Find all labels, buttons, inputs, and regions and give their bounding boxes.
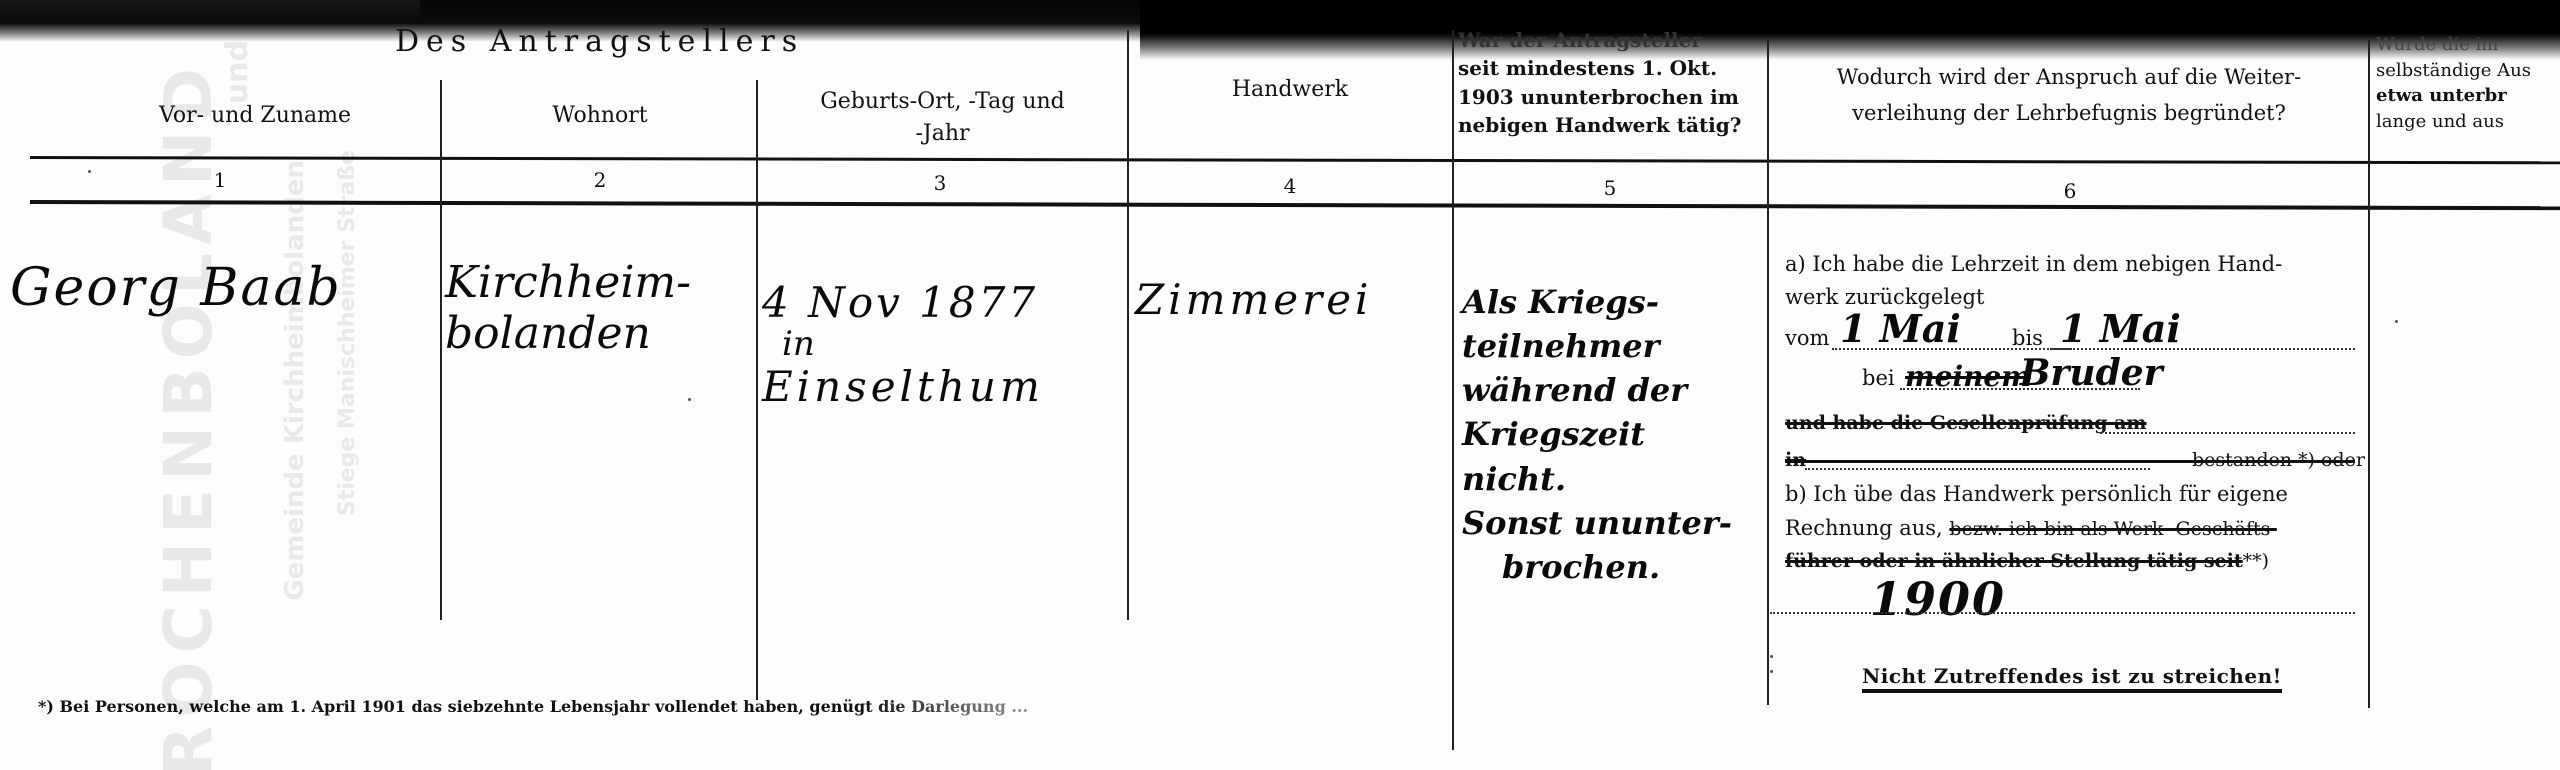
scan-speck — [1770, 655, 1773, 658]
entry-birth: 4 Nov 1877 in Einselthum — [762, 280, 1044, 410]
col6-since-dotted-line — [1770, 612, 2355, 614]
column-header-line: selbständige Aus — [2376, 58, 2560, 84]
column-header-residence-text: Wohnort — [552, 103, 647, 128]
entry-active-line: brochen. — [1462, 545, 1732, 589]
col6-a-line1: a) Ich habe die Lehrzeit in dem nebigen … — [1785, 254, 2282, 275]
column-header-residence: Wohnort — [445, 100, 755, 132]
col6-a-line2: werk zurückgelegt — [1785, 287, 1984, 308]
col6-b-line2: Rechnung aus, bezw. ich bin als Werk- Ge… — [1785, 518, 2277, 539]
column-header-line: Wurde die im — [2376, 32, 2560, 58]
col6-to-value: 1 Mai — [2060, 306, 2181, 351]
column-divider-4-5 — [1452, 30, 1454, 750]
entry-birth-place: Einselthum — [762, 364, 1044, 410]
column-number-1: 1 — [200, 168, 240, 192]
column-divider-2-3 — [756, 80, 758, 700]
entry-trade: Zimmerei — [1135, 275, 1373, 324]
column-number-5: 5 — [1590, 176, 1630, 200]
col6-notice: Nicht Zutreffendes ist zu streichen! — [1862, 664, 2282, 693]
column-header-line: 1903 ununterbrochen im — [1458, 83, 1764, 111]
column-header-line: lange und aus — [2376, 109, 2560, 135]
column-header-line: War der Antragsteller — [1458, 26, 1764, 54]
column-header-trade: Handwerk — [1130, 74, 1450, 106]
col6-b-line3-tail: **) — [2243, 550, 2269, 572]
col6-b-line2-struck: bezw. ich bin als Werk- Geschäfts- — [1949, 518, 2276, 540]
column-header-line: Wodurch wird der Anspruch auf die Weiter… — [1772, 60, 2366, 96]
scan-speck — [2395, 320, 2398, 323]
col6-at-value: Bruder — [2020, 352, 2163, 394]
column-number-4: 4 — [1270, 174, 1310, 198]
column-header-birth-line: Geburts-Ort, -Tag und — [760, 86, 1125, 118]
entry-active-line: Als Kriegs- — [1462, 280, 1732, 324]
bleed-through-text: Stiege Manischheimer Straße — [335, 150, 360, 516]
col6-b-line2-kept: Rechnung aus, — [1785, 516, 1943, 540]
column-header-active-since-1903: War der Antragsteller seit mindestens 1.… — [1458, 26, 1764, 140]
column-header-line: verleihung der Lehrbefugnis begründet? — [1772, 96, 2366, 132]
column-number-2: 2 — [580, 168, 620, 192]
entry-active-line: nicht. — [1462, 457, 1732, 501]
bleed-through-watermark: ROCHENBOLAND — [150, 60, 227, 770]
column-header-interruption: Wurde die im selbständige Aus etwa unter… — [2376, 32, 2560, 134]
column-header-name: Vor- und Zuname — [90, 100, 420, 132]
column-divider-1-2 — [440, 80, 442, 620]
column-number-3: 3 — [920, 171, 960, 195]
col6-from-value: 1 Mai — [1840, 306, 1961, 351]
col6-passed-struck: bestanden *) oder — [2192, 451, 2365, 470]
col6-b-line3: führer oder in ähnlicher Stellung tätig … — [1785, 552, 2269, 571]
entry-birth-date: 4 Nov 1877 — [762, 280, 1044, 326]
scan-speck — [88, 170, 91, 173]
col6-at-struck-word: meinem — [1905, 360, 2031, 393]
col6-since-value: 1900 — [1870, 572, 2006, 626]
col6-exam-dotted-line — [2100, 432, 2355, 434]
scan-speck — [1770, 670, 1773, 673]
bleed-through-text: und — [220, 40, 255, 104]
entry-active-since-1903: Als Kriegs- teilnehmer während der Krieg… — [1462, 280, 1732, 589]
scan-speck — [688, 398, 691, 401]
section-title: Des Antragstellers — [395, 24, 804, 59]
footnote-fade — [860, 690, 1300, 720]
entry-active-line: Kriegszeit — [1462, 412, 1732, 456]
bleed-through-text: Gemeinde Kirchheimbolanden — [280, 160, 310, 601]
column-header-birth: Geburts-Ort, -Tag und -Jahr — [760, 86, 1125, 150]
entry-active-line: teilnehmer — [1462, 324, 1732, 368]
column-number-6: 6 — [2050, 179, 2090, 203]
entry-residence-line: bolanden — [445, 309, 691, 360]
col6-at-label: bei — [1862, 368, 1895, 389]
scan-dark-border-right — [1140, 0, 2560, 60]
scanned-form-page: ROCHENBOLAND Gemeinde Kirchheimbolanden … — [0, 0, 2560, 770]
col6-from-label: vom — [1785, 328, 1829, 349]
header-bottom-rule — [30, 156, 2560, 164]
column-header-name-text: Vor- und Zuname — [159, 103, 351, 128]
entry-residence-line: Kirchheim- — [445, 258, 691, 309]
number-row-bottom-rule — [30, 200, 2560, 210]
column-header-line: etwa unterbr — [2376, 83, 2560, 109]
column-header-line: seit mindestens 1. Okt. — [1458, 54, 1764, 82]
column-header-justification: Wodurch wird der Anspruch auf die Weiter… — [1772, 60, 2366, 131]
column-header-trade-text: Handwerk — [1232, 77, 1348, 102]
col6-exam-line-struck: und habe die Gesellenprüfung am — [1785, 414, 2147, 433]
column-header-line: nebigen Handwerk tätig? — [1458, 111, 1764, 139]
entry-active-line: Sonst ununter- — [1462, 501, 1732, 545]
column-divider-6-7 — [2368, 40, 2370, 708]
column-divider-3-4 — [1127, 30, 1129, 620]
col6-in-dotted-line — [1805, 468, 2150, 470]
entry-name: Georg Baab — [10, 258, 342, 318]
col6-b-line1: b) Ich übe das Handwerk persönlich für e… — [1785, 484, 2288, 505]
col6-b-line3-struck: führer oder in ähnlicher Stellung tätig … — [1785, 550, 2243, 572]
entry-birth-in: in — [762, 326, 1044, 363]
column-divider-5-6 — [1767, 40, 1769, 705]
entry-residence: Kirchheim- bolanden — [445, 258, 691, 359]
col6-to-label: bis — [2012, 328, 2043, 349]
column-header-birth-line: -Jahr — [760, 118, 1125, 150]
entry-active-line: während der — [1462, 368, 1732, 412]
scan-dark-border-left — [0, 0, 420, 22]
